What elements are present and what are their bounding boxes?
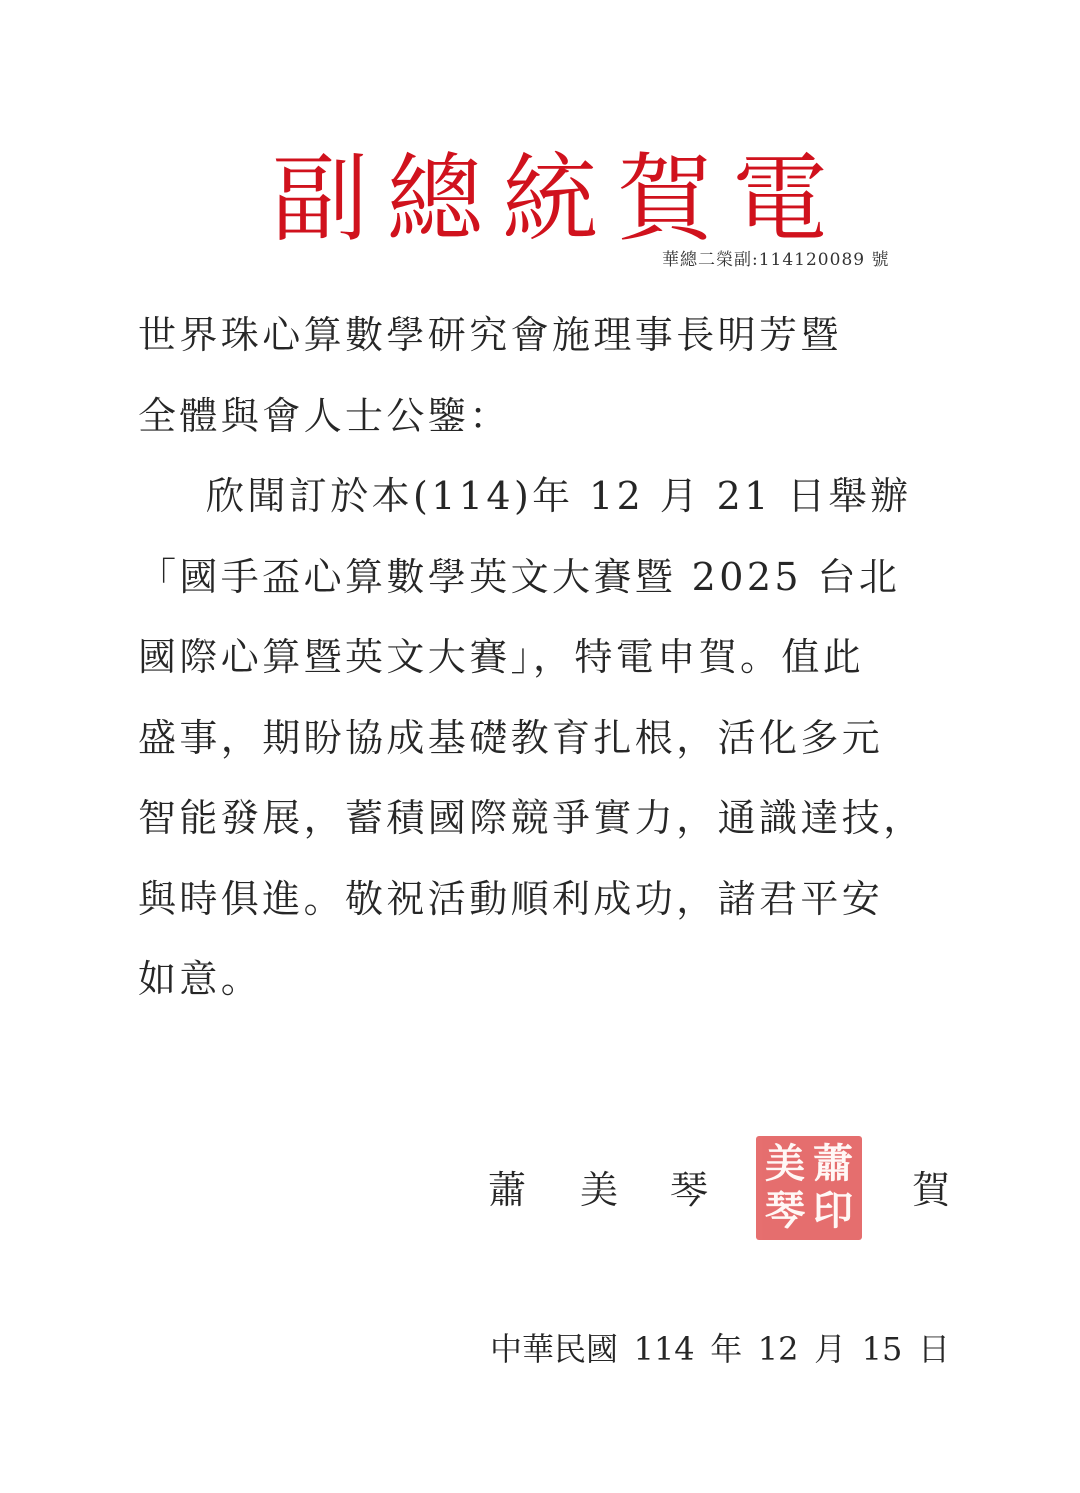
signer-name-char: 美 [580, 1160, 618, 1220]
issue-date: 中華民國 114 年 12 月 15 日 [490, 1324, 950, 1374]
document-number: 華總二榮副:114120089 號 [662, 246, 889, 274]
date-month-label: 月 [814, 1324, 846, 1374]
addressee-line: 世界珠心算數學研究會施理事長明芳暨 [138, 303, 958, 384]
body-line: 如意。 [138, 947, 958, 1028]
title-char: 統 [500, 144, 600, 254]
page-title: 副 總 統 賀 電 [270, 144, 830, 254]
body-line: 盛事，期盼協成基礎教育扎根，活化多元 [138, 706, 958, 787]
seal-char: 琴 [762, 1189, 808, 1234]
date-year-label: 年 [710, 1324, 742, 1374]
date-month: 12 [758, 1324, 799, 1374]
title-char: 賀 [615, 144, 715, 254]
date-day-label: 日 [918, 1324, 950, 1374]
date-era: 中華民國 [490, 1324, 618, 1374]
seal-char: 蕭 [810, 1142, 856, 1187]
title-char: 副 [270, 144, 370, 254]
body-line: 欣聞訂於本(114)年 12 月 21 日舉辦 [138, 464, 958, 545]
addressee-line: 全體與會人士公鑒： [138, 384, 958, 465]
title-char: 電 [730, 144, 830, 254]
letter-body: 世界珠心算數學研究會施理事長明芳暨 全體與會人士公鑒： 欣聞訂於本(114)年 … [138, 303, 958, 1028]
official-seal-icon: 美 蕭 琴 印 [756, 1136, 862, 1240]
date-year: 114 [634, 1324, 695, 1374]
closing-char: 賀 [912, 1160, 950, 1220]
seal-char: 印 [810, 1189, 856, 1234]
title-char: 總 [385, 144, 485, 254]
body-line: 「國手盃心算數學英文大賽暨 2025 台北 [138, 545, 958, 626]
signer-name-char: 琴 [670, 1160, 708, 1220]
signature-block: 蕭 美 琴 賀 [488, 1160, 950, 1220]
date-day: 15 [862, 1324, 903, 1374]
body-line: 智能發展，蓄積國際競爭實力，通識達技， [138, 786, 958, 867]
body-line: 國際心算暨英文大賽」，特電申賀。值此 [138, 625, 958, 706]
signer-name-char: 蕭 [488, 1160, 526, 1220]
seal-char: 美 [762, 1142, 808, 1187]
body-line: 與時俱進。敬祝活動順利成功，諸君平安 [138, 867, 958, 948]
